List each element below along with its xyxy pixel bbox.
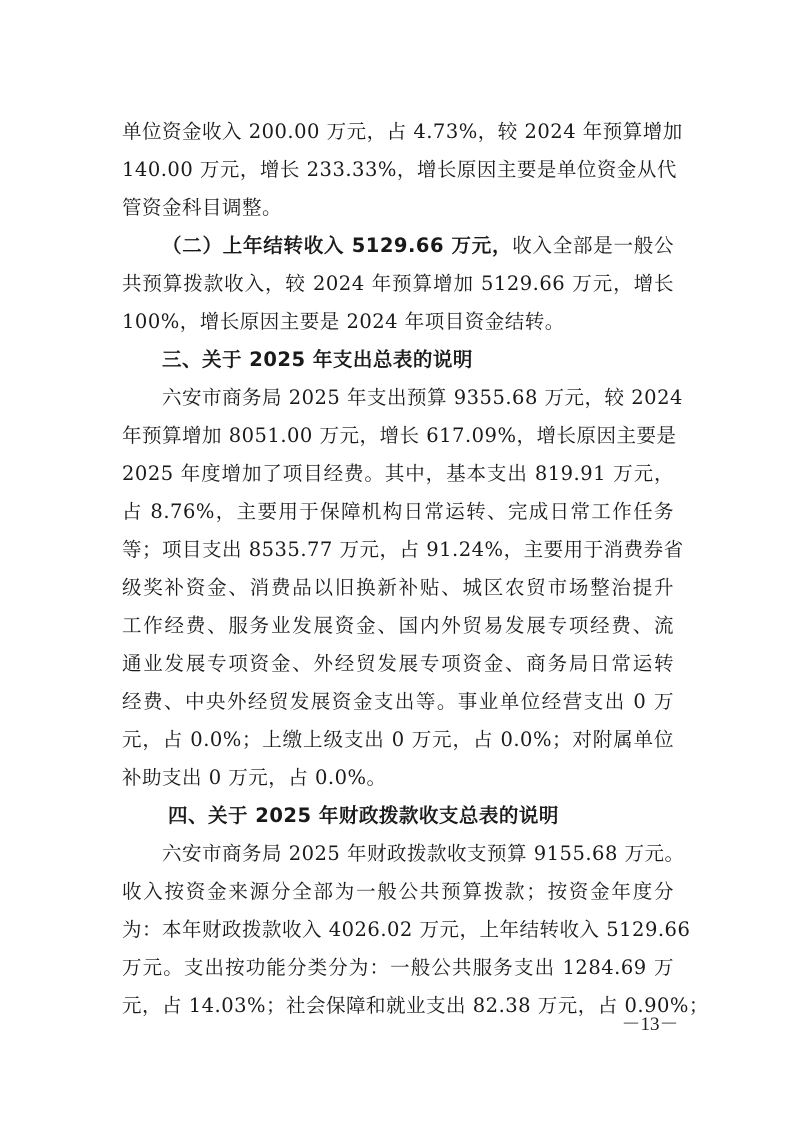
paragraph-line: 140.00 万元，增长 233.33%，增长原因主要是单位资金从代 (122, 155, 674, 185)
section-heading-3: 三、关于 2025 年支出总表的说明 (162, 345, 674, 375)
paragraph-line: 占 8.76%，主要用于保障机构日常运转、完成日常工作任务 (122, 497, 674, 527)
paragraph-line: 元，占 14.03%；社会保障和就业支出 82.38 万元，占 0.90%； (122, 991, 674, 1021)
paragraph-line: 为：本年财政拨款收入 4026.02 万元，上年结转收入 5129.66 (122, 915, 674, 945)
paragraph-line: 工作经费、服务业发展资金、国内外贸易发展专项经费、流 (122, 611, 674, 641)
subsection-heading-line: （二）上年结转收入 5129.66 万元，收入全部是一般公 (162, 231, 674, 261)
paragraph-line: 六安市商务局 2025 年支出预算 9355.68 万元，较 2024 (162, 383, 674, 413)
paragraph-line: 收入按资金来源分全部为一般公共预算拨款；按资金年度分 (122, 877, 674, 907)
paragraph-text: 收入全部是一般公 (512, 234, 674, 257)
subsection-heading: （二）上年结转收入 5129.66 万元， (162, 234, 512, 257)
document-page: 单位资金收入 200.00 万元，占 4.73%，较 2024 年预算增加 14… (0, 0, 793, 1122)
paragraph-line: 单位资金收入 200.00 万元，占 4.73%，较 2024 年预算增加 (122, 117, 674, 147)
paragraph-line: 万元。支出按功能分类分为：一般公共服务支出 1284.69 万 (122, 953, 674, 983)
paragraph-line: 共预算拨款收入，较 2024 年预算增加 5129.66 万元，增长 (122, 269, 674, 299)
paragraph-line: 等；项目支出 8535.77 万元，占 91.24%，主要用于消费券省 (122, 535, 674, 565)
paragraph-line: 元，占 0.0%；上缴上级支出 0 万元，占 0.0%；对附属单位 (122, 725, 674, 755)
paragraph-line: 100%，增长原因主要是 2024 年项目资金结转。 (122, 307, 674, 337)
paragraph-line: 年预算增加 8051.00 万元，增长 617.09%，增长原因主要是 (122, 421, 674, 451)
paragraph-line: 六安市商务局 2025 年财政拨款收支预算 9155.68 万元。 (162, 839, 674, 869)
paragraph-line: 级奖补资金、消费品以旧换新补贴、城区农贸市场整治提升 (122, 573, 674, 603)
section-heading-4: 四、关于 2025 年财政拨款收支总表的说明 (168, 801, 674, 831)
paragraph-line: 补助支出 0 万元，占 0.0%。 (122, 763, 674, 793)
paragraph-line: 2025 年度增加了项目经费。其中，基本支出 819.91 万元， (122, 459, 674, 489)
paragraph-line: 通业发展专项资金、外经贸发展专项资金、商务局日常运转 (122, 649, 674, 679)
paragraph-line: 经费、中央外经贸发展资金支出等。事业单位经营支出 0 万 (122, 687, 674, 717)
page-number: －13－ (620, 1012, 680, 1038)
paragraph-line: 管资金科目调整。 (122, 193, 674, 223)
